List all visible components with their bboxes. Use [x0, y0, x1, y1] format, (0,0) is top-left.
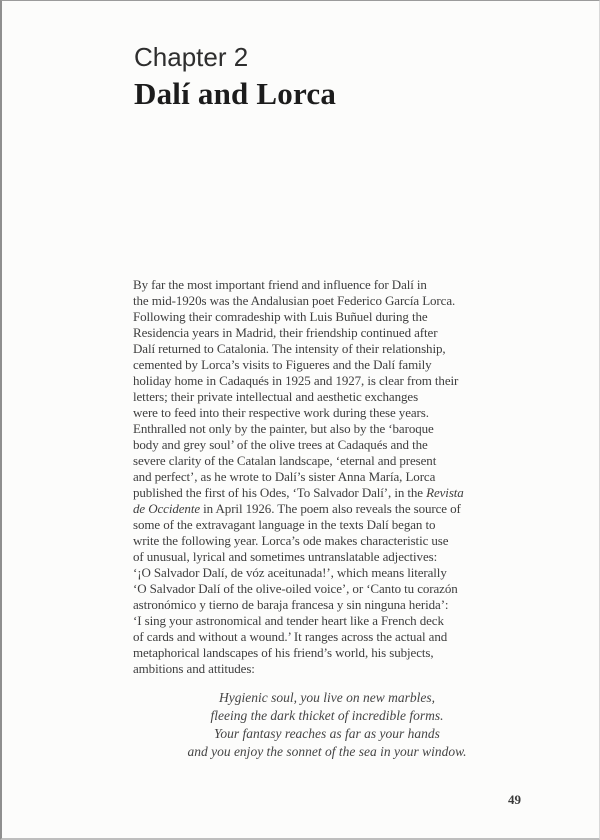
- body-line: published the first of his Odes, ‘To Sal…: [133, 485, 533, 501]
- poem-line: and you enjoy the sonnet of the sea in y…: [132, 743, 522, 761]
- body-paragraph: By far the most important friend and inf…: [133, 277, 533, 677]
- poem-line: Your fantasy reaches as far as your hand…: [132, 725, 522, 743]
- chapter-number-label: Chapter 2: [134, 41, 336, 73]
- body-line: Enthralled not only by the painter, but …: [133, 421, 533, 437]
- page-number: 49: [508, 792, 521, 808]
- chapter-heading: Chapter 2 Dalí and Lorca: [134, 41, 336, 112]
- body-line: ambitions and attitudes:: [133, 661, 533, 677]
- book-page: Chapter 2 Dalí and Lorca By far the most…: [0, 0, 600, 840]
- body-line: ‘I sing your astronomical and tender hea…: [133, 613, 533, 629]
- body-line: ‘¡O Salvador Dalí, de vóz aceitunada!’, …: [133, 565, 533, 581]
- body-line: severe clarity of the Catalan landscape,…: [133, 453, 533, 469]
- body-line: metaphorical landscapes of his friend’s …: [133, 645, 533, 661]
- body-line: the mid-1920s was the Andalusian poet Fe…: [133, 293, 533, 309]
- body-line: astronómico y tierno de baraja francesa …: [133, 597, 533, 613]
- body-line: some of the extravagant language in the …: [133, 517, 533, 533]
- body-line: write the following year. Lorca’s ode ma…: [133, 533, 533, 549]
- body-line: letters; their private intellectual and …: [133, 389, 533, 405]
- body-line: body and grey soul’ of the olive trees a…: [133, 437, 533, 453]
- body-line: ‘O Salvador Dalí of the olive-oiled voic…: [133, 581, 533, 597]
- poem-quote: Hygienic soul, you live on new marbles,f…: [132, 689, 522, 761]
- body-line: de Occidente in April 1926. The poem als…: [133, 501, 533, 517]
- poem-line: fleeing the dark thicket of incredible f…: [132, 707, 522, 725]
- body-line: Dalí returned to Catalonia. The intensit…: [133, 341, 533, 357]
- body-line: and perfect’, as he wrote to Dalí’s sist…: [133, 469, 533, 485]
- body-line: holiday home in Cadaqués in 1925 and 192…: [133, 373, 533, 389]
- body-line: Residencia years in Madrid, their friend…: [133, 325, 533, 341]
- body-line: Following their comradeship with Luis Bu…: [133, 309, 533, 325]
- poem-line: Hygienic soul, you live on new marbles,: [132, 689, 522, 707]
- body-line: of unusual, lyrical and sometimes untran…: [133, 549, 533, 565]
- chapter-title: Dalí and Lorca: [134, 76, 336, 112]
- body-line: cemented by Lorca’s visits to Figueres a…: [133, 357, 533, 373]
- body-line: were to feed into their respective work …: [133, 405, 533, 421]
- body-line: By far the most important friend and inf…: [133, 277, 533, 293]
- body-line: of cards and without a wound.’ It ranges…: [133, 629, 533, 645]
